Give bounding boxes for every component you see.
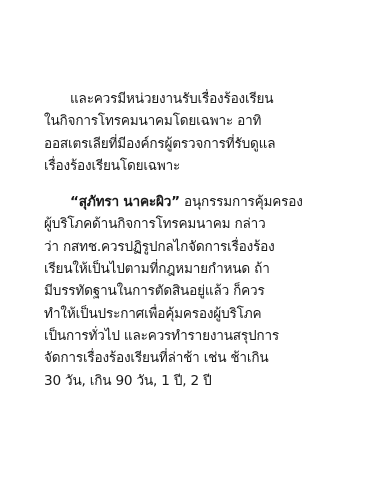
paragraph-spacer: [44, 177, 344, 191]
text-line: และควรมีหน่วยงานรับเรื่องร้องเรียน: [44, 88, 344, 110]
speaker-title: อนุกรรมการคุ้มครอง: [180, 194, 303, 210]
text-line: จัดการเรื่องร้องเรียนที่ล่าช้า เช่น ช้าเ…: [44, 347, 344, 369]
text-line: เป็นการทั่วไป และควรทำรายงานสรุปการ: [44, 325, 344, 347]
paragraph-complaint-agency: และควรมีหน่วยงานรับเรื่องร้องเรียน ในกิจ…: [44, 88, 344, 177]
text-line: มีบรรทัดฐานในการตัดสินอยู่แล้ว ก็ควร: [44, 280, 344, 302]
text-line: ออสเตรเลียที่มีองค์กรผู้ตรวจการที่รับดูแ…: [44, 133, 344, 155]
text-line: เรียนให้เป็นไปตามที่กฎหมายกำหนด ถ้า: [44, 258, 344, 280]
speaker-name: “สุภัทรา นาคะผิว”: [70, 194, 180, 210]
text-line: ผู้บริโภคด้านกิจการโทรคมนาคม กล่าว: [44, 213, 344, 235]
document-page: และควรมีหน่วยงานรับเรื่องร้องเรียน ในกิจ…: [44, 88, 344, 392]
text-line: ว่า กสทช.ควรปฏิรูปกลไกจัดการเรื่องร้อง: [44, 236, 344, 258]
text-line: 30 วัน, เกิน 90 วัน, 1 ปี, 2 ปี: [44, 370, 344, 392]
text-line: ทำให้เป็นประกาศเพื่อคุ้มครองผู้บริโภค: [44, 303, 344, 325]
paragraph-quote: “สุภัทรา นาคะผิว” อนุกรรมการคุ้มครอง ผู้…: [44, 191, 344, 392]
text-line: “สุภัทรา นาคะผิว” อนุกรรมการคุ้มครอง: [44, 191, 344, 213]
text-line: ในกิจการโทรคมนาคมโดยเฉพาะ อาทิ: [44, 110, 344, 132]
text-line: เรื่องร้องเรียนโดยเฉพาะ: [44, 155, 344, 177]
